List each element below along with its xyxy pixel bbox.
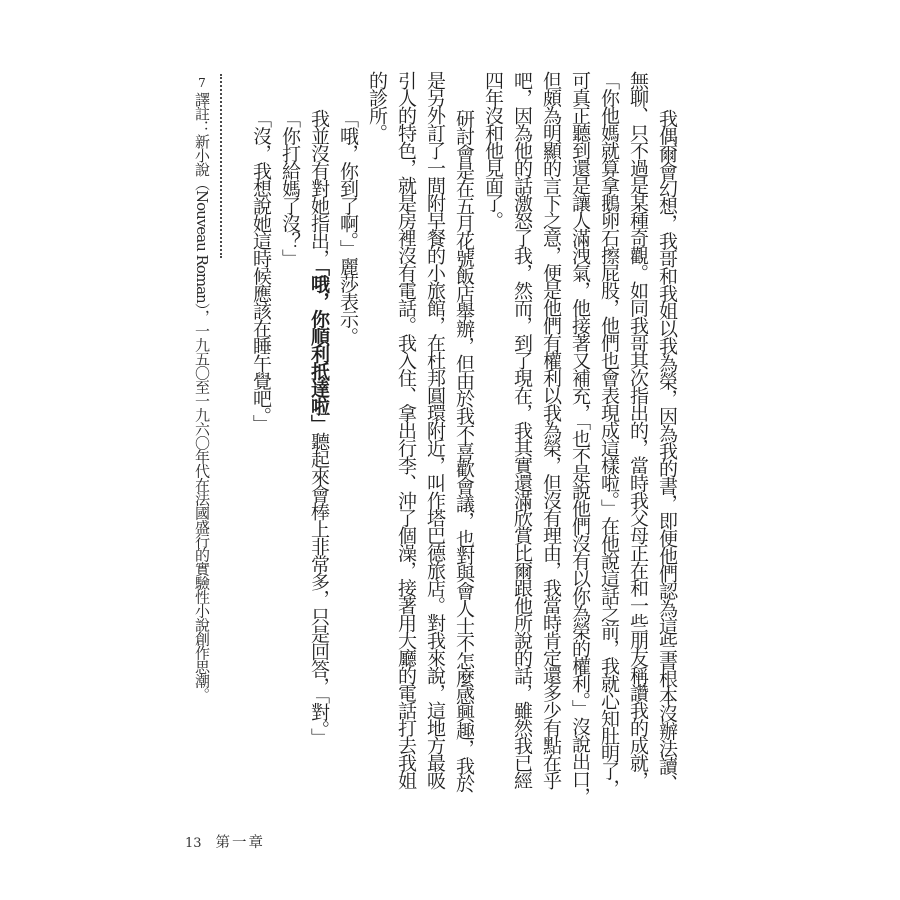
text-column: 吧，因為他的話激怒了我，然而，到了現在，我其實還滿欣賞比爾跟他所說的話，雖然我已… [507, 71, 536, 831]
text-segment: 「你打給媽了沒？」 [279, 109, 301, 267]
text-column: 但頗為明顯的言下之意，便是他們有權利以我為榮，但沒有理由，我當時肯定還多少有點在… [536, 71, 565, 831]
text-segment: 我偶爾會幻想，我哥和我姐以我為榮，因為我的書，即便他們認為這些書根本沒辦法讀、 [656, 109, 678, 792]
text-column: 我偶爾會幻想，我哥和我姐以我為榮，因為我的書，即便他們認為這些書根本沒辦法讀、 [652, 71, 681, 831]
footnote-separator [220, 74, 222, 258]
footnote: 7譯註：新小說（Nouveau Roman），一九五〇至一九六〇年代在法國盛行的… [190, 76, 214, 726]
page-number: 13 [185, 836, 202, 851]
emphasized-text: 「哦，你順利抵達啦」 [308, 267, 330, 433]
text-segment: 的診所。 [366, 71, 388, 141]
text-column: 研討會是在五月花號飯店舉辦，但由於我不喜歡會議，也對與會人士不怎麼感興趣，我於 [449, 71, 478, 831]
footnote-text: 譯註：新小說（Nouveau Roman），一九五〇至一九六〇年代在法國盛行的實… [193, 92, 211, 701]
text-segment: 但頗為明顯的言下之意，便是他們有權利以我為榮，但沒有理由，我當時肯定還多少有點在… [540, 71, 562, 789]
footnote-marker: 7 [193, 76, 209, 92]
text-segment: 是另外訂了一間附早餐的小旅館，在杜邦圓環附近，叫作塔巴德旅店。對我來說，這地方最… [424, 71, 446, 789]
text-segment: 「你他媽就算拿鵝卵石擦屁股，他們也會表現成這樣啦。」在他說這話之前，我就心知肚明… [598, 71, 620, 797]
text-column: 我並沒有對她指出，「哦，你順利抵達啦」聽起來會棒上非常多，只是回答，「對。」 [304, 71, 333, 831]
page-footer: 13 第一章 [185, 831, 265, 852]
text-column: 是另外訂了一間附早餐的小旅館，在杜邦圓環附近，叫作塔巴德旅店。對我來說，這地方最… [420, 71, 449, 831]
text-column: 可真正聽到還是讓人滿洩氣，他接著又補充，「也不是說他們沒有以你為榮的權利。」沒說… [565, 71, 594, 831]
text-column: 「你他媽就算拿鵝卵石擦屁股，他們也會表現成這樣啦。」在他說這話之前，我就心知肚明… [594, 71, 623, 831]
text-segment: 可真正聽到還是讓人滿洩氣，他接著又補充，「也不是說他們沒有以你為榮的權利。」沒說… [569, 71, 591, 805]
text-segment: 引人的特色，就是房裡沒有電話。我入住、拿出行李、沖了個澡，接著用大廳的電話打去我… [395, 71, 417, 789]
text-column: 的診所。 [362, 71, 391, 831]
text-column: 「你打給媽了沒？」 [275, 71, 304, 831]
text-segment: 吧，因為他的話激怒了我，然而，到了現在，我其實還滿欣賞比爾跟他所說的話，雖然我已… [511, 71, 533, 789]
text-segment: 無聊、只不過是某種奇觀。如同我哥其次指出的，當時我父母正在和一些朋友稱讚我的成就… [627, 71, 649, 789]
book-page: 我偶爾會幻想，我哥和我姐以我為榮，因為我的書，即便他們認為這些書根本沒辦法讀、無… [0, 0, 900, 900]
text-segment: 聽起來會棒上非常多，只是回答，「對。」 [308, 432, 330, 746]
main-text-block: 我偶爾會幻想，我哥和我姐以我為榮，因為我的書，即便他們認為這些書根本沒辦法讀、無… [246, 71, 681, 831]
text-segment: 「沒，我想說她這時候應該在睡午覺吧。」 [250, 109, 272, 432]
text-segment: 「哦，你到了啊。」麗莎表示。 [337, 109, 359, 345]
text-segment: 四年沒和他見面了。 [482, 71, 504, 229]
text-column: 無聊、只不過是某種奇觀。如同我哥其次指出的，當時我父母正在和一些朋友稱讚我的成就… [623, 71, 652, 831]
text-column: 引人的特色，就是房裡沒有電話。我入住、拿出行李、沖了個澡，接著用大廳的電話打去我… [391, 71, 420, 831]
text-column: 「哦，你到了啊。」麗莎表示。 [333, 71, 362, 831]
chapter-title: 第一章 [216, 831, 266, 852]
text-column: 四年沒和他見面了。 [478, 71, 507, 831]
text-segment: 我並沒有對她指出， [308, 109, 330, 267]
text-column: 「沒，我想說她這時候應該在睡午覺吧。」 [246, 71, 275, 831]
text-segment: 研討會是在五月花號飯店舉辦，但由於我不喜歡會議，也對與會人士不怎麼感興趣，我於 [453, 109, 475, 792]
